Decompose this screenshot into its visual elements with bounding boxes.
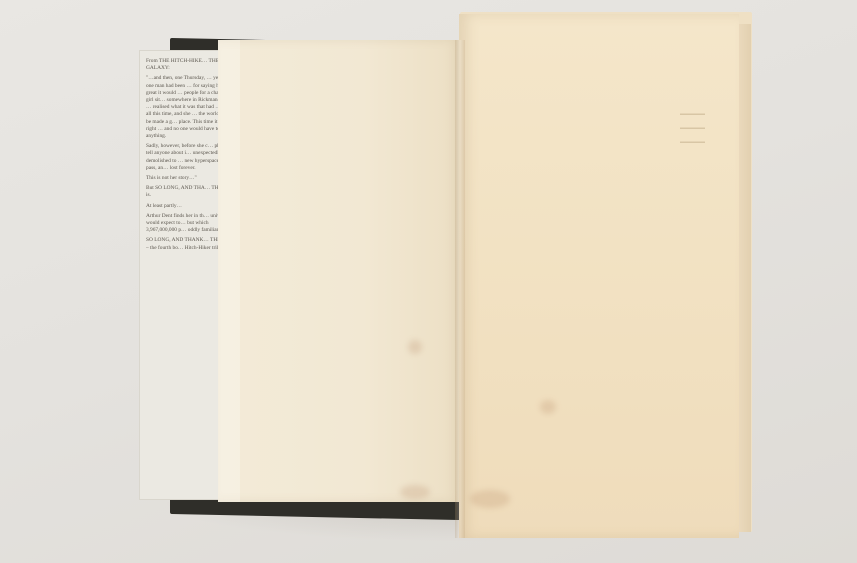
left-endpaper [218, 40, 460, 502]
faint-line: ▬▬▬▬▬ [680, 112, 736, 118]
faint-line: ▬▬▬▬▬ [680, 126, 736, 132]
foxing-stain [470, 490, 510, 508]
endpaper-fold [218, 40, 240, 502]
bleed-through-text: ▬▬▬▬▬ ▬▬▬▬▬ ▬▬▬▬▬ [680, 112, 736, 154]
page-block-edge [739, 24, 751, 532]
foxing-stain [540, 400, 556, 414]
photo-scene: From THE HITCH-HIKE… THE GALAXY: "…and t… [0, 0, 857, 563]
right-endpaper [459, 14, 739, 538]
foxing-stain [408, 340, 422, 354]
foxing-stain [400, 485, 430, 499]
spine-gutter [455, 40, 465, 538]
faint-line: ▬▬▬▬▬ [680, 140, 736, 146]
